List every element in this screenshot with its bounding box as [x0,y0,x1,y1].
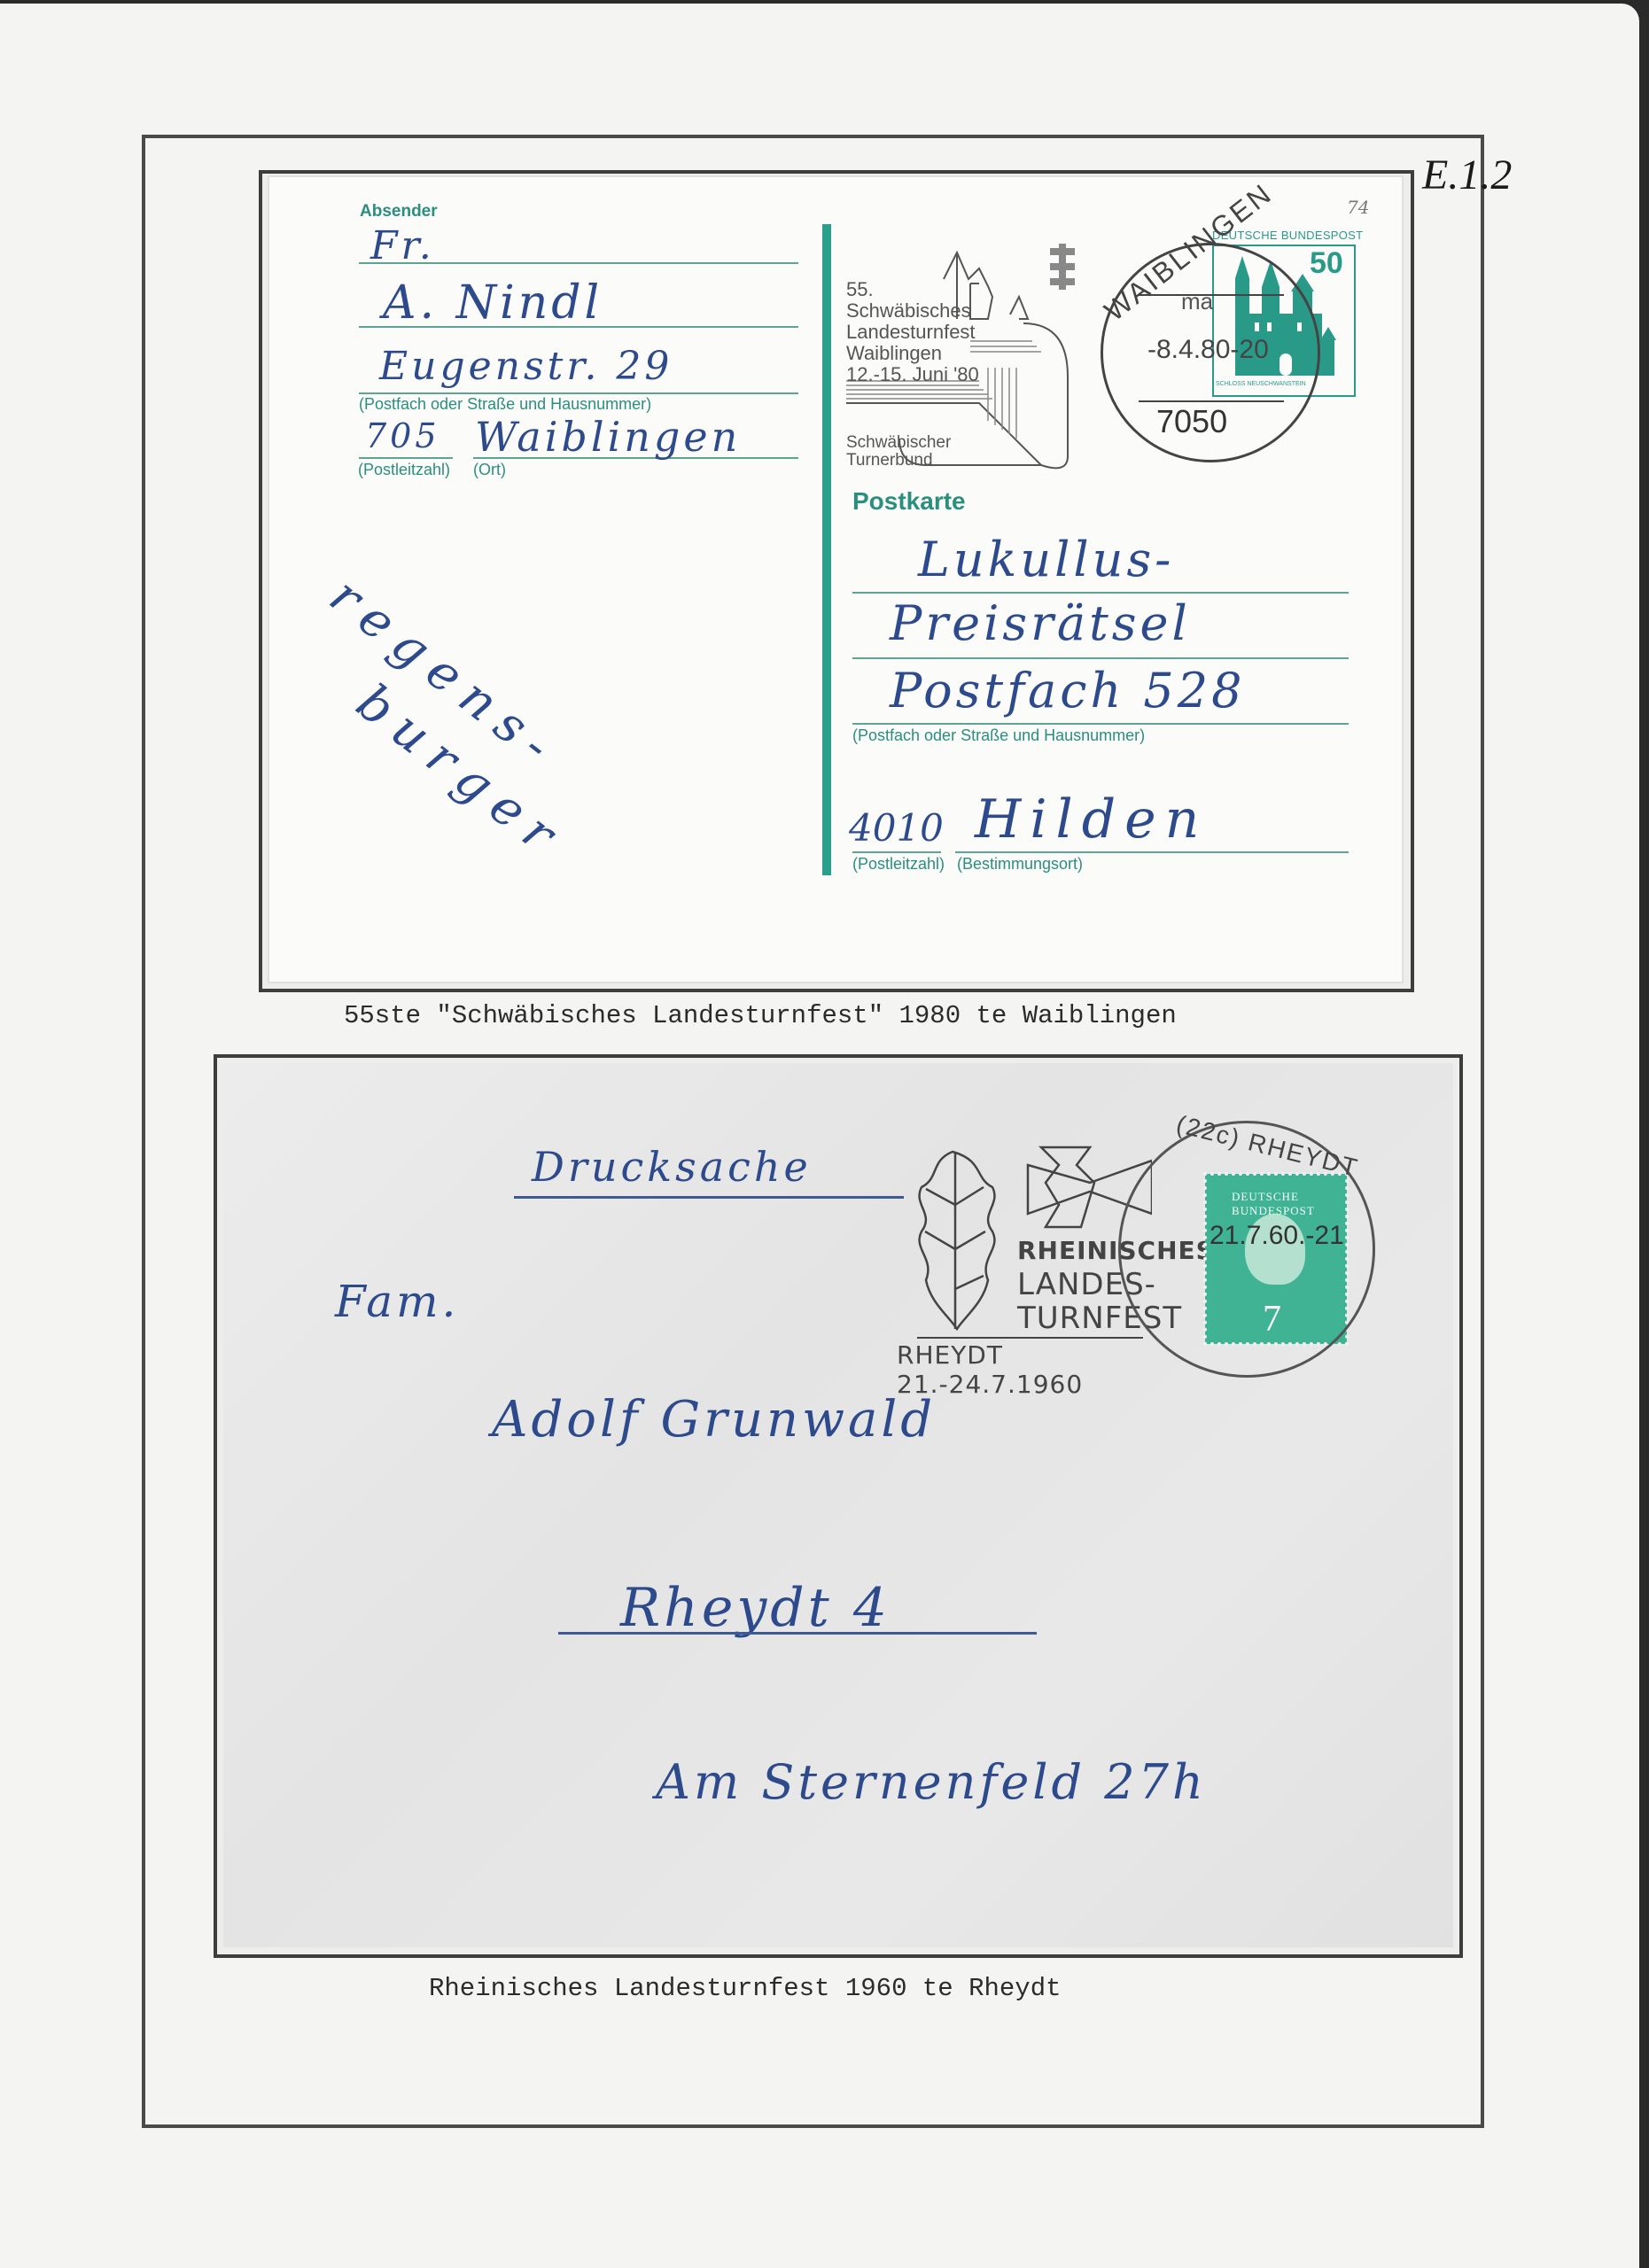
sender-line-3 [359,392,798,394]
cover-marking: Drucksache [532,1143,812,1191]
page-reference: E.1.2 [1422,151,1512,199]
divider-bar [822,224,831,875]
slogan-footer-line: Turnerbund [846,452,951,470]
cover-street: Am Sternenfeld 27h [656,1754,1207,1810]
slogan-line: Schwäbisches [846,300,979,322]
slogan-footer-1980: Schwäbischer Turnerbund [846,434,951,470]
slogan-footer-line: Schwäbischer [846,434,951,452]
recipient-line-3 [852,723,1349,725]
postmark-sub: ma [1181,288,1213,315]
slogan-line: Landesturnfest [846,322,979,343]
sender-salutation: Fr. [370,223,435,268]
slogan-line: 55. [846,279,979,300]
recipient-pobox: Postfach 528 [890,663,1246,718]
recipient-line-2 [852,657,1349,659]
stamp-value: 50 [1310,246,1343,281]
slogan-cancel-1980: 55. Schwäbisches Landesturnfest Waibling… [846,244,1077,474]
sender-city: Waiblingen [475,413,741,461]
postcard-title: Postkarte [852,487,966,516]
recipient-line-1 [852,592,1349,594]
sender-street: Eugenstr. 29 [379,344,673,389]
city-underline [558,1632,1037,1635]
cover-salutation: Fam. [335,1276,459,1327]
recipient-street-hint: (Postfach oder Straße und Hausnummer) [852,726,1145,745]
postcode-hint: (Postleitzahl) [358,461,450,479]
destination-hint: (Bestimmungsort) [957,855,1083,874]
postmark-date: -8.4.80-20 [1147,335,1269,365]
caption-1960: Rheinisches Landesturnfest 1960 te Rheyd… [429,1974,1062,2003]
slogan-line: 12.-15. Juni '80 [846,364,979,385]
slogan-cancel-1960: RHEINISCHES LANDES- TURNFEST RHEYDT 21.-… [886,1125,1152,1355]
place-hint: (Ort) [473,461,506,479]
recipient-postcode-line [852,851,941,853]
sender-name: A. Nindl [383,276,603,330]
postmark-rheydt: (22c) RHEYDT 21.7.60.-21 [1118,1121,1375,1378]
sender-label: Absender [360,202,438,221]
cover-name: Adolf Grunwald [492,1391,936,1449]
recipient-city-line [955,851,1349,853]
caption-1980: 55ste "Schwäbisches Landesturnfest" 1980… [344,1001,1177,1030]
slogan-line: Waiblingen [846,343,979,364]
postmark-date: 21.7.60.-21 [1210,1221,1344,1251]
marking-underline [514,1196,904,1199]
recipient-postcode: 4010 [849,806,944,850]
cover-city: Rheydt 4 [620,1577,891,1639]
recipient-city: Hilden [975,788,1208,850]
recipient-company: Preisrätsel [890,595,1191,651]
recipient-name: Lukullus- [918,532,1174,587]
sender-postcode: 705 [365,416,440,455]
pencil-note: 74 [1347,197,1369,218]
recipient-postcode-hint: (Postleitzahl) [852,855,945,874]
postmark-postcode: 7050 [1156,403,1227,440]
slogan-text-1980: 55. Schwäbisches Landesturnfest Waibling… [846,279,979,385]
sender-street-hint: (Postfach oder Straße und Hausnummer) [359,395,651,414]
sender-postcode-line [359,457,453,459]
postmark-waiblingen: -8.4.80-20 WAIBLINGEN ma 7050 [1101,243,1320,462]
